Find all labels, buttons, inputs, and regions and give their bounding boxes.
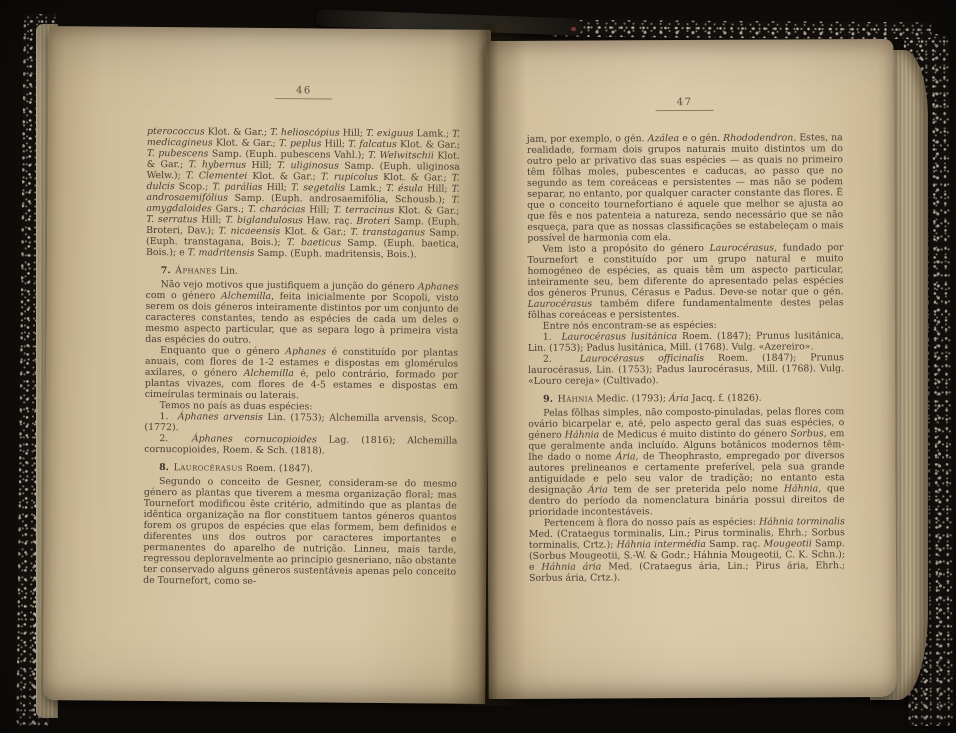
- right-page: 47 jam, por exemplo, o gén. Azálea e o g…: [485, 39, 896, 699]
- species-entry: 1. Laurocérasus lusitánica Roem. (1847);…: [528, 330, 844, 354]
- right-page-text-column: 47 jam, por exemplo, o gén. Azálea e o g…: [485, 39, 896, 584]
- paragraph: Enquanto que o género Aphanes é constitu…: [145, 345, 458, 403]
- left-page: 46 pterococcus Klot. & Gar.; T. helioscó…: [43, 26, 491, 704]
- book-photo: 46 pterococcus Klot. & Gar.; T. helioscó…: [0, 0, 956, 733]
- paragraph: Pertencem à flora do nosso país as espéc…: [529, 516, 845, 584]
- section-heading-8-laurocerasus: 8. Laurocérasus Roem. (1847).: [144, 462, 457, 476]
- paragraph: Pelas fôlhas simples, não composto-pinul…: [528, 406, 845, 518]
- section-heading-7-aphanes: 7. Áphanes Lin.: [146, 265, 459, 279]
- species-entry: 2. Laurocérasus officinalis Roem. (1847)…: [528, 352, 844, 387]
- binding-thread: [571, 27, 576, 31]
- species-entry: 2. Áphanes cornucopioides Lag. (1816); A…: [144, 433, 457, 458]
- left-page-header: 46: [147, 77, 460, 101]
- paragraph-continuation: jam, por exemplo, o gén. Azálea e o gén.…: [527, 132, 844, 244]
- section-heading-9-hahnia: 9. Háhnia Medic. (1793); Ária Jacq. f. (…: [528, 392, 844, 405]
- species-entry: 1. Áphanes arvensis Lin. (1753); Alchemi…: [144, 411, 457, 436]
- page-number-left: 46: [275, 85, 333, 100]
- page-number-right: 47: [656, 97, 714, 111]
- right-page-body: jam, por exemplo, o gén. Azálea e o gén.…: [527, 132, 845, 584]
- paragraph: Não vejo motivos que justifiquem a junçã…: [145, 279, 459, 348]
- left-page-body: pterococcus Klot. & Gar.; T. helioscópiu…: [143, 126, 460, 589]
- left-page-text-column: 46 pterococcus Klot. & Gar.; T. helioscó…: [44, 26, 491, 589]
- book-cover-top-edge: [548, 20, 932, 40]
- paragraph: Vem isto a propósito do género Laurocéra…: [527, 242, 843, 321]
- paragraph: Segundo o conceito de Gesner, consideram…: [143, 476, 457, 589]
- paragraph-species-list-continuation: pterococcus Klot. & Gar.; T. helioscópiu…: [146, 126, 460, 261]
- right-page-header: 47: [527, 89, 843, 112]
